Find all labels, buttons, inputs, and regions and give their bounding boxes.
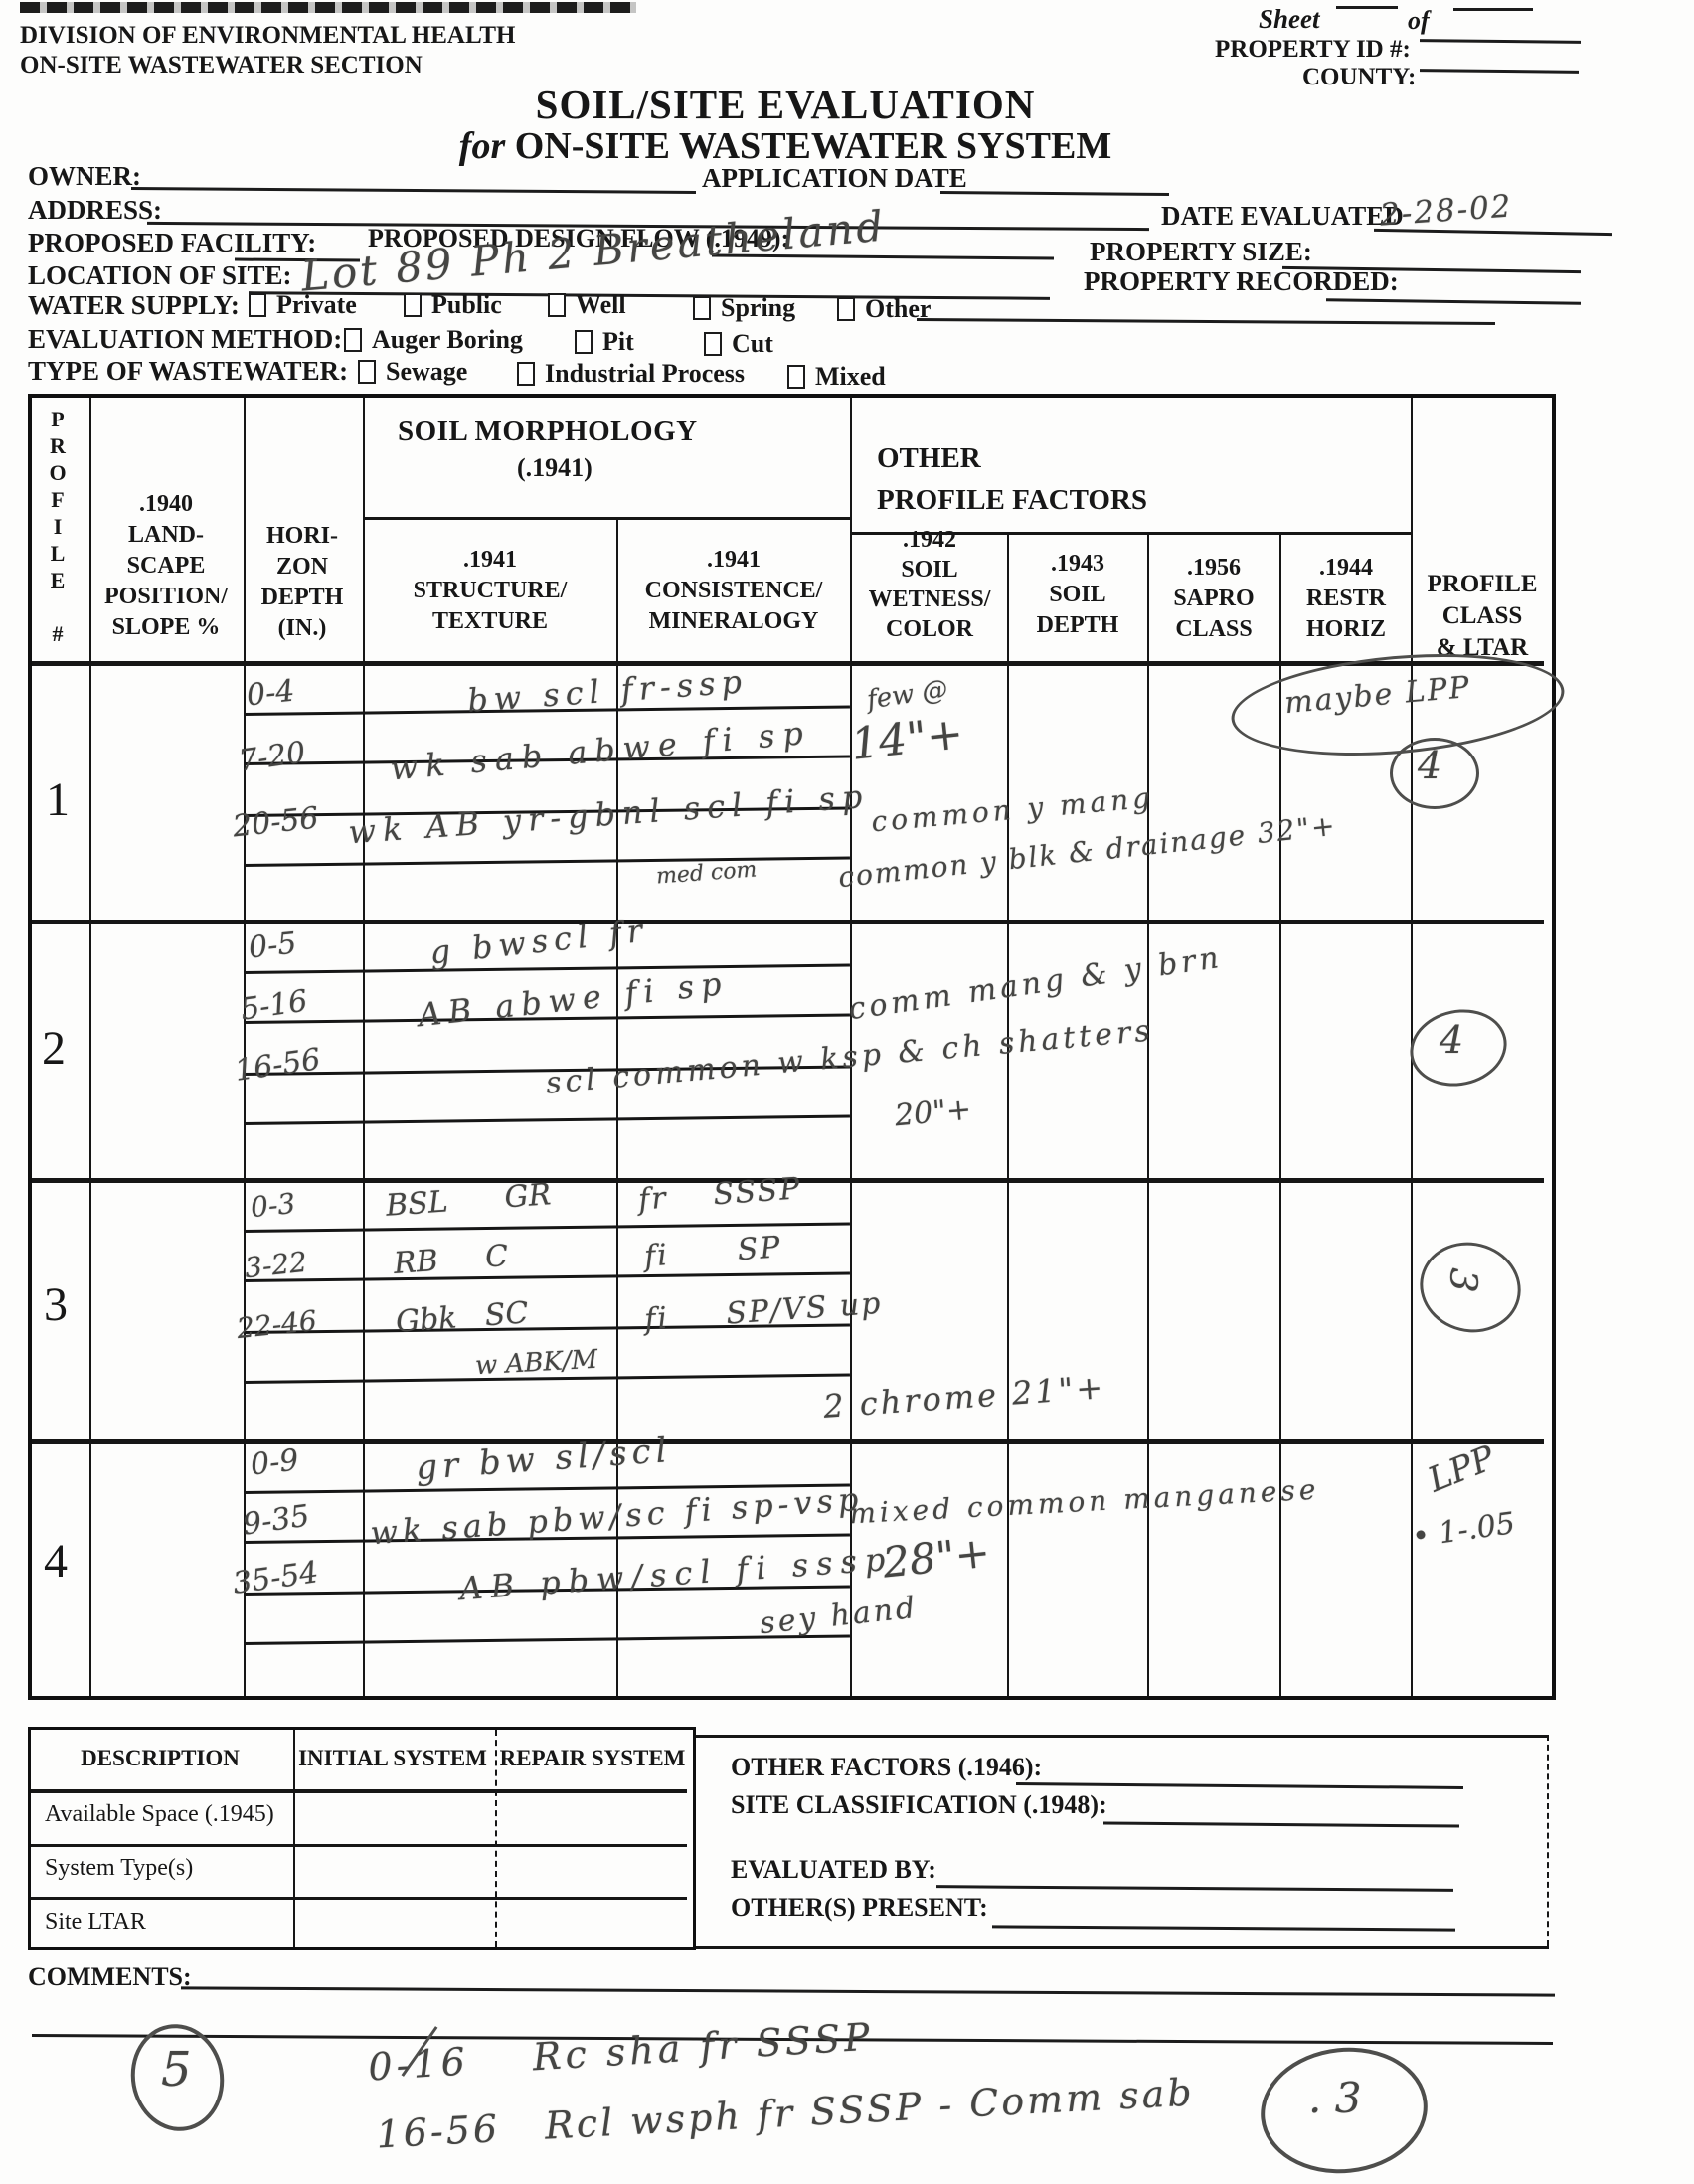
option-label: Industrial Process — [545, 359, 745, 388]
sheet-label: Sheet — [1259, 4, 1320, 35]
footer-circle-right-value: . 3 — [1308, 2074, 1361, 2122]
site-classification-line — [1103, 1821, 1459, 1827]
table-line — [31, 1789, 687, 1793]
checkbox-public: Public — [404, 290, 502, 320]
others-present-line — [992, 1925, 1455, 1931]
title-main-words: ON-SITE WASTEWATER SYSTEM — [515, 125, 1111, 167]
application-date-label: APPLICATION DATE — [702, 163, 967, 194]
checkbox-private: Private — [249, 290, 357, 320]
profile-class-ltar-column-header: PROFILE CLASS & LTAR — [1413, 569, 1552, 664]
property-id-line — [1420, 39, 1581, 44]
p3-depth2: 3-22 — [243, 1246, 308, 1284]
systems-header-initial: INITIAL SYSTEM — [292, 1746, 493, 1771]
application-date-line — [940, 191, 1169, 196]
checkbox-well: Well — [548, 290, 626, 320]
sapro-class-column-header: .1956 SAPRO CLASS — [1149, 553, 1278, 645]
restr-horiz-column-header: .1944 RESTR HORIZ — [1281, 553, 1411, 645]
other-factors-label: OTHER FACTORS (.1946): — [731, 1753, 1042, 1782]
row-separator — [32, 920, 1544, 924]
p4-depth1: 0-9 — [249, 1443, 300, 1483]
footer-note-line2: 16-56 Rcl wsph fr SSSP - Comm sab — [375, 2070, 1195, 2156]
profile-4-number: 4 — [44, 1535, 68, 1590]
sheet-total-line — [1453, 8, 1533, 11]
property-recorded-label: PROPERTY RECORDED: — [1084, 266, 1399, 297]
scanned-soil-site-evaluation-form: DIVISION OF ENVIRONMENTAL HEALTH ON-SITE… — [0, 0, 1694, 2184]
header-bottom-line — [32, 661, 1544, 666]
checkbox-icon — [548, 293, 566, 317]
checkbox-icon — [249, 293, 266, 317]
p3-class-value: 3 — [1440, 1266, 1486, 1294]
owner-line — [131, 187, 696, 194]
comments-line1 — [181, 1986, 1555, 1996]
systems-row-available-space: Available Space (.1945) — [45, 1801, 274, 1828]
horizon-line — [244, 1272, 850, 1282]
checkbox-icon — [693, 296, 711, 320]
other-profile-factors-header: OTHER PROFILE FACTORS — [877, 437, 1147, 521]
bottom-block-right-line — [1547, 1735, 1549, 1946]
checkbox-icon — [837, 297, 855, 321]
checkbox-icon — [358, 360, 376, 384]
systems-header-description: DESCRIPTION — [30, 1746, 290, 1771]
bottom-block-bottom-line — [696, 1946, 1549, 1949]
col-line — [1147, 532, 1149, 1696]
agency-division-line: DIVISION OF ENVIRONMENTAL HEALTH — [20, 22, 515, 51]
systems-header-repair: REPAIR SYSTEM — [495, 1746, 690, 1771]
checkbox-icon — [344, 328, 362, 352]
horizon-depth-column-header: HORI- ZON DEPTH (IN.) — [244, 521, 361, 644]
p1-depth1: 0-4 — [245, 674, 296, 714]
p3-texture4: w ABK/M — [474, 1345, 598, 1381]
sheet-of-label: of — [1408, 6, 1430, 36]
option-label: Pit — [602, 327, 634, 356]
checkbox-icon — [787, 365, 805, 389]
option-label: Cut — [732, 329, 773, 358]
p2-class-value: 4 — [1440, 1018, 1463, 1062]
evaluation-method-label: EVALUATION METHOD: — [28, 324, 342, 355]
checkbox-spring: Spring — [693, 293, 795, 323]
p3-depth1: 0-3 — [249, 1187, 296, 1225]
location-value: Lot 89 Ph 2 Breatheland — [299, 201, 888, 300]
profile-1-number: 1 — [46, 773, 70, 828]
site-classification-label: SITE CLASSIFICATION (.1948): — [731, 1790, 1107, 1820]
soil-morphology-ref: (.1941) — [517, 453, 593, 483]
checkbox-icon — [575, 330, 593, 354]
option-label: Public — [431, 290, 502, 319]
systems-row-site-ltar: Site LTAR — [45, 1909, 146, 1935]
evaluated-by-label: EVALUATED BY: — [731, 1855, 936, 1885]
property-id-label: PROPERTY ID #: — [1215, 36, 1411, 65]
water-supply-label: WATER SUPPLY: — [28, 290, 240, 321]
checkbox-sewage: Sewage — [358, 357, 467, 387]
county-label: COUNTY: — [1302, 64, 1416, 92]
option-label: Private — [276, 290, 357, 319]
table-line — [31, 1897, 687, 1900]
col-line — [363, 398, 365, 1696]
wastewater-type-label: TYPE OF WASTEWATER: — [28, 356, 348, 387]
footer-circle-left-value: 5 — [161, 2042, 192, 2098]
horizon-line — [244, 964, 850, 974]
sheet-number-line — [1336, 6, 1398, 9]
date-evaluated-value: 2-28-02 — [1379, 188, 1514, 233]
property-size-label: PROPERTY SIZE: — [1090, 237, 1312, 267]
profile-2-number: 2 — [42, 1022, 66, 1077]
others-present-label: OTHER(S) PRESENT: — [731, 1893, 988, 1923]
form-title-line1: SOIL/SITE EVALUATION — [477, 82, 1094, 128]
soil-morphology-header: SOIL MORPHOLOGY — [398, 416, 698, 448]
checkbox-mixed: Mixed — [787, 362, 886, 392]
other-factors-line — [1016, 1782, 1463, 1789]
checkbox-industrial-process: Industrial Process — [517, 359, 745, 389]
profile-number-column-header: P R O F I L E # — [36, 406, 80, 647]
horizon-line — [244, 1635, 850, 1645]
option-label: Sewage — [386, 357, 467, 386]
bottom-block-top-line — [696, 1735, 1549, 1738]
property-recorded-line — [1326, 298, 1581, 305]
option-label: Mixed — [815, 362, 886, 391]
landscape-column-header: .1940 LAND- SCAPE POSITION/ SLOPE % — [91, 489, 241, 643]
morphology-band-line — [363, 517, 850, 520]
option-label: Auger Boring — [372, 325, 523, 354]
p1-class-value: 4 — [1418, 744, 1441, 787]
other-water-line — [917, 318, 1495, 325]
proposed-facility-label: PROPOSED FACILITY: — [28, 228, 316, 258]
checkbox-icon — [704, 332, 722, 356]
title-for-word: for — [459, 125, 505, 167]
soil-depth-column-header: .1943 SOIL DEPTH — [1009, 549, 1146, 641]
checkbox-cut: Cut — [704, 329, 773, 359]
degraded-header-line — [20, 2, 636, 13]
profile-3-number: 3 — [44, 1278, 68, 1333]
evaluated-by-line — [936, 1885, 1453, 1892]
horizon-line — [244, 1115, 850, 1125]
location-label: LOCATION OF SITE: — [28, 260, 292, 291]
form-title-line2: for ON-SITE WASTEWATER SYSTEM — [418, 125, 1153, 168]
checkbox-icon — [517, 362, 535, 386]
row-separator — [32, 1439, 1544, 1444]
checkbox-auger-boring: Auger Boring — [344, 325, 523, 355]
soil-wetness-column-header: .1942 SOIL WETNESS/ COLOR — [852, 525, 1007, 644]
option-label: Well — [576, 290, 626, 319]
consistence-mineralogy-column-header: .1941 CONSISTENCE/ MINERALOGY — [618, 545, 849, 637]
p2-note2: 20"+ — [894, 1092, 973, 1134]
systems-row-system-types: System Type(s) — [45, 1855, 193, 1882]
checkbox-icon — [404, 293, 422, 317]
address-label: ADDRESS: — [28, 195, 162, 226]
county-line — [1420, 69, 1579, 74]
checkbox-pit: Pit — [575, 327, 634, 357]
owner-label: OWNER: — [28, 161, 141, 192]
date-evaluated-line — [1374, 229, 1612, 236]
p2-depth1: 0-5 — [247, 926, 298, 966]
horizon-line — [244, 857, 850, 867]
comments-label: COMMENTS: — [28, 1962, 192, 1992]
footer-note-line1: 0-16 Rc sha fr SSSP — [367, 2015, 875, 2090]
option-label: Spring — [721, 293, 795, 322]
agency-section-line: ON-SITE WASTEWATER SECTION — [20, 52, 423, 81]
table-line — [31, 1844, 687, 1847]
structure-texture-column-header: .1941 STRUCTURE/ TEXTURE — [366, 545, 614, 637]
date-evaluated-label: DATE EVALUATED — [1161, 201, 1404, 232]
